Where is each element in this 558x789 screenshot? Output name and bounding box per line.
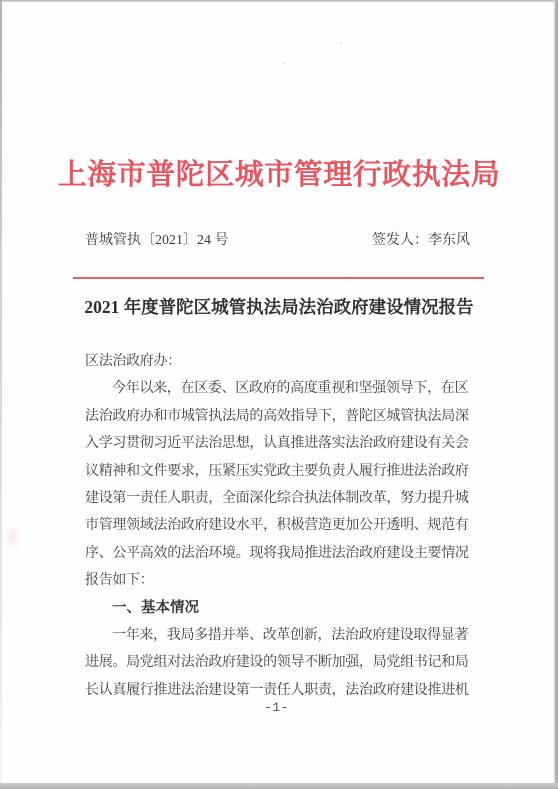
report-title: 2021 年度普陀区城管执法局法治政府建设情况报告 [0, 295, 558, 320]
doc-number: 普城管执〔2021〕24 号 [85, 231, 229, 251]
report-body: 区法治政府办：今年以来，在区委、区政府的高度重视和坚强领导下，在区法治政府办和市… [85, 348, 471, 704]
body-line: 报告如下： [85, 567, 471, 594]
body-line: 市管理领域法治政府建设水平，积极营造更加公开透明、规范有 [85, 512, 471, 539]
section-heading: 一、基本情况 [85, 595, 471, 622]
body-line: 入学习贯彻习近平法治思想，认真推进落实法治政府建设有关会 [85, 430, 471, 457]
page-number: -1- [0, 700, 553, 716]
scan-edge-top [0, 0, 558, 2]
scan-speck [340, 42, 342, 44]
letterhead-agency-name: 上海市普陀区城市管理行政执法局 [0, 156, 558, 194]
scan-smudge-artifact [5, 524, 21, 550]
scan-edge-right [554, 0, 558, 789]
body-line: 议精神和文件要求，压紧压实党政主要负责人履行推进法治政府 [85, 458, 471, 485]
body-line: 法治政府办和市城管执法局的高效指导下，普陀区城管执法局深 [85, 403, 471, 430]
doc-meta-row: 普城管执〔2021〕24 号 签发人：李东风 [85, 231, 470, 251]
red-divider-line [73, 277, 484, 279]
body-line: 一年来，我局多措并举、改革创新，法治政府建设取得显著 [85, 622, 471, 649]
scan-edge-left [0, 0, 2, 783]
issuer-name: 李东风 [428, 233, 470, 248]
issuer: 签发人：李东风 [372, 231, 470, 251]
body-line: 序、公平高效的法治环境。现将我局推进法治政府建设主要情况 [85, 540, 471, 567]
issuer-label: 签发人： [372, 233, 428, 248]
body-line: 进展。局党组对法治政府建设的领导不断加强，局党组书记和局 [85, 649, 471, 676]
scan-speck [283, 62, 285, 64]
body-line: 建设第一责任人职责，全面深化综合执法体制改革，努力提升城 [85, 485, 471, 512]
scanned-document-page: 上海市普陀区城市管理行政执法局 普城管执〔2021〕24 号 签发人：李东风 2… [0, 0, 558, 789]
scan-edge-bottom [0, 783, 558, 789]
body-line: 今年以来，在区委、区政府的高度重视和坚强领导下，在区 [85, 375, 471, 402]
body-line: 区法治政府办： [85, 348, 471, 375]
